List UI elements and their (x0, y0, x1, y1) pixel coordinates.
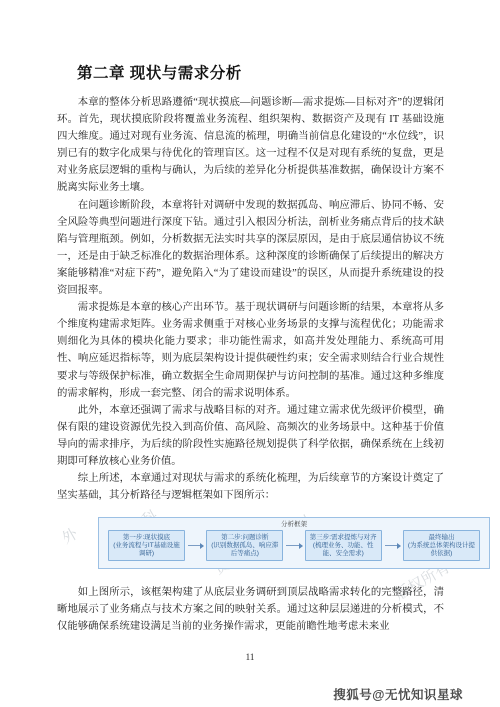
flow-step-2-box: 第二步:问题诊断 (识别数据孤岛、响应滞后等痛点) (206, 530, 283, 561)
flow-step-title: 最终输出 (406, 534, 477, 542)
paragraph: 综上所述，本章通过对现状与需求的系统化梳理，为后续章节的方案设计奠定了坚实基础，… (57, 470, 444, 504)
paragraph: 在问题诊断阶段，本章将针对调研中发现的数据孤岛、响应滞后、协同不畅、安全风险等典… (57, 197, 444, 300)
flow-step-title: 第三步:需求提炼与对齐 (308, 534, 379, 542)
chapter-title: 第二章 现状与需求分析 (77, 61, 242, 83)
diagonal-watermark-fragment: 外 (58, 523, 82, 549)
closing-text: 如上图所示，该框架构建了从底层业务调研到顶层战略需求转化的完整路径，清晰地展示了… (57, 584, 444, 635)
right-arrow-icon (286, 545, 301, 546)
flow-step-subtitle: (梳理业务、功能、性能、安全需求) (308, 542, 379, 558)
analysis-framework-diagram: 分析框架 第一步:现状摸底 (业务流程与IT基础设施调研) 第二步:问题诊断 (… (98, 517, 490, 569)
flow-step-subtitle: (识别数据孤岛、响应滞后等痛点) (209, 542, 280, 558)
flow-step-subtitle: (业务流程与IT基础设施调研) (111, 542, 182, 558)
flow-step-4-box: 最终输出 (为系统总体架构设计提供依据) (403, 530, 480, 561)
body-text: 本章的整体分析思路遵循“现状摸底—问题诊断—需求提炼—目标对齐”的逻辑闭环。首先… (57, 94, 444, 504)
flow-step-3-box: 第三步:需求提炼与对齐 (梳理业务、功能、性能、安全需求) (305, 530, 382, 561)
diagram-title: 分析框架 (99, 519, 489, 528)
page-number: 11 (0, 652, 500, 662)
document-page: 第二章 现状与需求分析 本章的整体分析思路遵循“现状摸底—问题诊断—需求提炼—目… (0, 0, 500, 707)
flow-step-1-box: 第一步:现状摸底 (业务流程与IT基础设施调研) (108, 530, 185, 561)
paragraph: 本章的整体分析思路遵循“现状摸底—问题诊断—需求提炼—目标对齐”的逻辑闭环。首先… (57, 94, 444, 197)
right-arrow-icon (385, 545, 400, 546)
paragraph: 需求提炼是本章的核心产出环节。基于现状调研与问题诊断的结果，本章将从多个维度构建… (57, 299, 444, 402)
paragraph: 此外，本章还强调了需求与战略目标的对齐。通过建立需求优先级评价模型，确保有限的建… (57, 402, 444, 470)
diagram-flow-row: 第一步:现状摸底 (业务流程与IT基础设施调研) 第二步:问题诊断 (识别数据孤… (108, 528, 480, 563)
right-arrow-icon (188, 545, 203, 546)
flow-step-subtitle: (为系统总体架构设计提供依据) (406, 542, 477, 558)
paragraph: 如上图所示，该框架构建了从底层业务调研到顶层战略需求转化的完整路径，清晰地展示了… (57, 584, 444, 635)
flow-step-title: 第一步:现状摸底 (111, 534, 182, 542)
sohu-account-watermark: 搜狐号@无忧知识星球 (333, 685, 463, 703)
flow-step-title: 第二步:问题诊断 (209, 534, 280, 542)
